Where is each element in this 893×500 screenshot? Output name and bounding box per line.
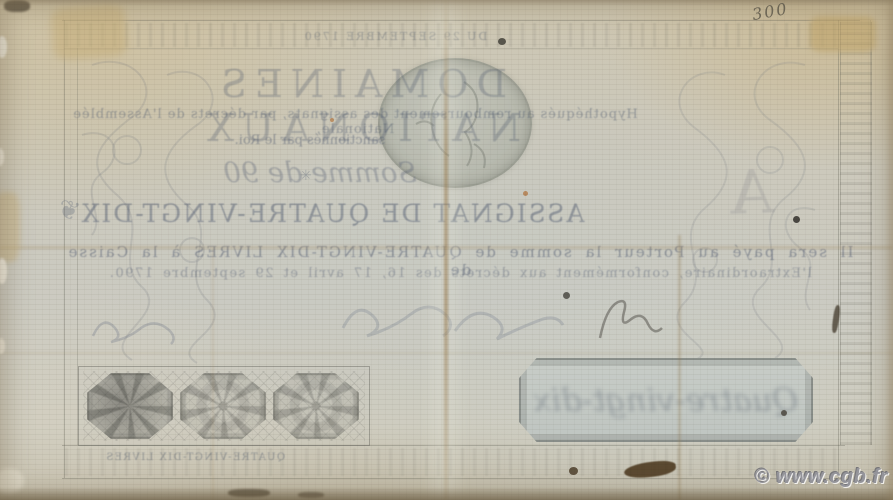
speck-mid [563, 292, 570, 299]
rosette-medallion-3 [273, 373, 359, 439]
tape-stain-top-left [50, 3, 127, 60]
rosette-medallion-1 [87, 373, 173, 439]
bleedthrough-denomination: ASSIGNAT DE QUATRE-VINGT-DIX [72, 199, 592, 228]
fold-crease-right [678, 235, 681, 500]
bleedthrough-subtitle-2: sanctionnés par le Roi. [70, 133, 550, 148]
bleedthrough-date-band: DU 29 SEPTEMBRE 1790 [230, 30, 560, 43]
banknote-scan: DU 29 SEPTEMBRE 1790 DOMAINES NATIONAUX … [0, 0, 893, 500]
bleedthrough-promise-line-2: l'Extraordinaire, conformément aux décre… [62, 266, 858, 281]
watermark-text: © www.cgb.fr [736, 466, 888, 489]
rosette-medallion-2 [180, 373, 266, 439]
ornament-column-right [840, 22, 872, 445]
bleedthrough-script-line: Somme de 90 [185, 156, 455, 189]
rust-spot-2 [330, 118, 334, 122]
flourish-mark: ✳ [300, 168, 312, 184]
tape-stain-top-right [810, 16, 876, 52]
rust-spot-1 [523, 191, 528, 196]
rosette-ornament-band [78, 366, 370, 446]
fold-crease-left [212, 248, 214, 500]
handwriting-ghost-right [590, 290, 670, 352]
signature-ghost-left [88, 308, 183, 346]
speck-bottom [569, 467, 578, 475]
value-panel: Quatre-vingt-dix [519, 358, 813, 442]
speck-top-center [498, 38, 506, 45]
bleedthrough-footer-band: QUATRE-VINGT-DIX LIVRES [70, 452, 320, 463]
frame-line-top-outer [62, 20, 860, 21]
series-letter: A [711, 157, 793, 230]
value-panel-ghost-text: Quatre-vingt-dix [533, 381, 799, 419]
edge-shadow-right [884, 0, 893, 500]
speck-right-field [793, 216, 800, 223]
tape-stain-left-edge [0, 192, 20, 262]
fold-crease-horizontal [0, 246, 893, 249]
fold-crease-center [444, 0, 448, 500]
fold-crease-horizontal-low [0, 352, 893, 354]
speck-panel [781, 410, 787, 416]
